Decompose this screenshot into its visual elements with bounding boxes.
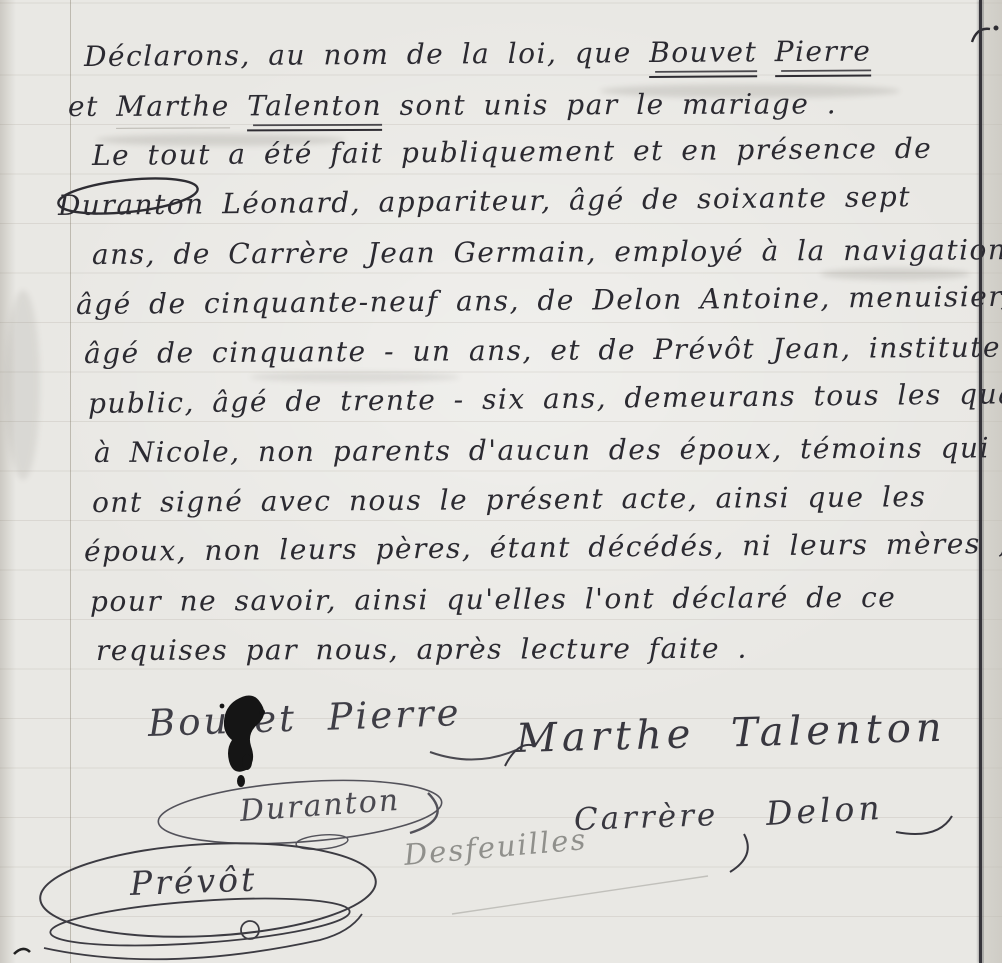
act-text: public, âgé de trente - six ans, demeura… <box>88 376 1002 419</box>
act-text: ans, de Carrère Jean Germain, employé à … <box>92 233 1002 271</box>
act-text: âgé de cinquante-neuf ans, de Delon Anto… <box>76 279 1002 320</box>
act-line-10: ont signé avec nous le présent acte, ain… <box>92 471 1002 527</box>
signature-flourish-carrere <box>730 834 748 872</box>
act-line-12: pour ne savoir, ainsi qu'elles l'ont déc… <box>90 572 1002 626</box>
act-line-13: requises par nous, après lecture faite . <box>96 623 1002 676</box>
act-line-4: Duranton Léonard, appariteur, âgé de soi… <box>58 171 1002 230</box>
act-text <box>230 89 248 122</box>
signature-carrere: Carrère <box>573 797 719 838</box>
signature-desfeuilles: Desfeuilles <box>403 822 589 872</box>
act-text: pour ne savoir, ainsi qu'elles l'ont déc… <box>90 580 896 617</box>
act-line-8: public, âgé de trente - six ans, demeura… <box>88 369 1002 428</box>
act-line-9: à Nicole, non parents d'aucun des époux,… <box>94 423 1002 477</box>
bride-surname: Talenton <box>247 88 382 130</box>
bottom-edge-mark <box>14 949 30 954</box>
page-fold-line <box>979 0 982 963</box>
act-line-11: époux, non leurs pères, étant décédés, n… <box>84 519 1002 577</box>
act-text: âgé de cinquante - un ans, et de Prévôt … <box>84 330 1002 370</box>
bride-firstname: Marthe <box>116 89 230 128</box>
signature-delon: Delon <box>765 788 885 833</box>
act-text: et <box>68 89 116 122</box>
act-text: ont signé avec nous le présent acte, ain… <box>92 480 927 519</box>
act-text <box>757 35 775 68</box>
act-text: Duranton Léonard, appariteur, âgé de soi… <box>58 180 911 222</box>
signature-prevot: Prévôt <box>129 860 258 903</box>
pencil-stroke <box>452 876 708 914</box>
groom-surname: Bouvet <box>649 35 757 78</box>
act-text: Le tout a été fait publiquement et en pr… <box>92 132 933 172</box>
act-line-2: et Marthe Talenton sont unis par le mari… <box>68 78 1002 131</box>
signature-duranton: Duranton <box>239 783 401 829</box>
signature-bouvet-pierre: Bouvet Pierre <box>147 691 462 745</box>
act-line-6: âgé de cinquante-neuf ans, de Delon Anto… <box>76 271 1002 329</box>
act-line-1: Déclarons, au nom de la loi, que Bouvet … <box>84 26 1002 82</box>
act-line-5: ans, de Carrère Jean Germain, employé à … <box>92 225 1002 279</box>
act-text-block: Déclarons, au nom de la loi, que Bouvet … <box>0 32 1002 676</box>
groom-firstname: Pierre <box>775 35 872 78</box>
act-text: requises par nous, après lecture faite . <box>96 632 748 667</box>
document-page: Déclarons, au nom de la loi, que Bouvet … <box>0 0 1002 963</box>
act-text: Déclarons, au nom de la loi, que <box>84 36 649 73</box>
act-text: à Nicole, non parents d'aucun des époux,… <box>94 431 990 469</box>
signature-flourish-pierre <box>430 750 516 760</box>
act-text: époux, non leurs pères, étant décédés, n… <box>84 527 1002 568</box>
act-text: sont unis par le mariage . <box>382 87 837 122</box>
signature-flourish-delon <box>896 816 952 834</box>
signature-marthe-talenton: Marthe Talenton <box>515 705 947 762</box>
